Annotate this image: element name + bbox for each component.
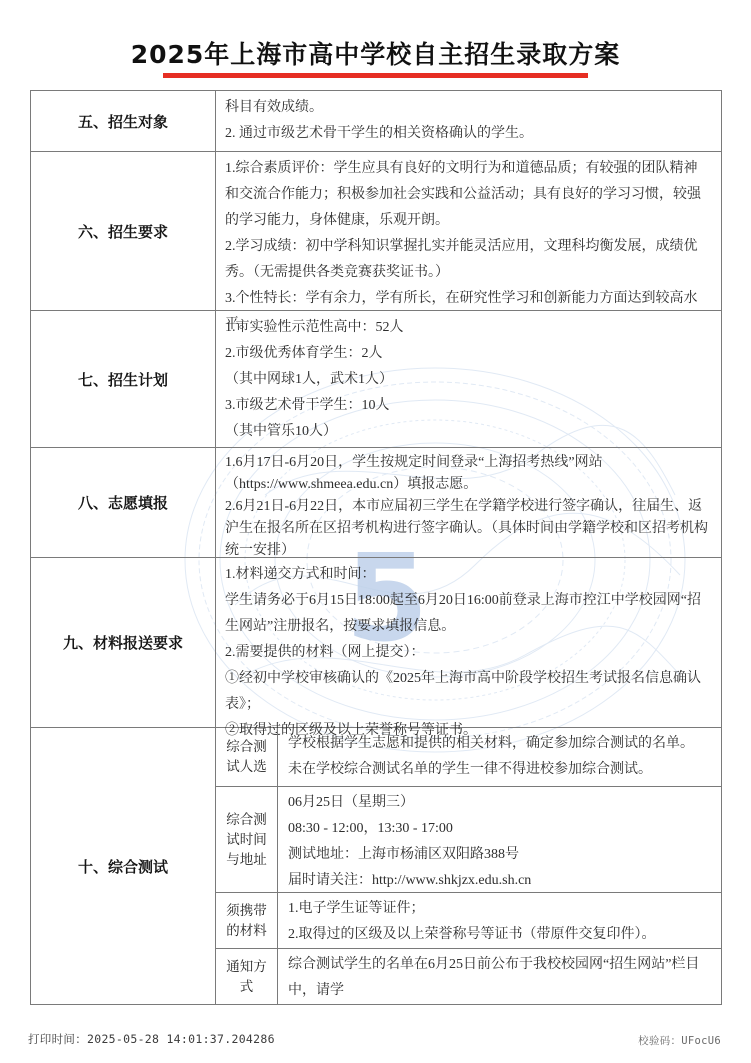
row-content: 1.6月17日-6月20日，学生按规定时间登录“上海招考热线”网站 （https…	[216, 448, 721, 557]
paragraph: 学校根据学生志愿和提供的相关材料，确定参加综合测试的名单。	[288, 731, 711, 757]
row-content: 1.市实验性示范性高中：52人 2.市级优秀体育学生：2人 （其中网球1人，武术…	[216, 311, 721, 447]
subrow-content: 综合测试学生的名单在6月25日前公布于我校校园网“招生网站”栏目中，请学	[278, 949, 721, 1004]
subrow-content: 学校根据学生志愿和提供的相关材料，确定参加综合测试的名单。 未在学校综合测试名单…	[278, 728, 721, 786]
comprehensive-test-subtable: 综合测试人选 学校根据学生志愿和提供的相关材料，确定参加综合测试的名单。 未在学…	[216, 728, 721, 1004]
paragraph: 2.市级优秀体育学生：2人	[225, 341, 711, 367]
table-row-material-submission: 九、材料报送要求 1.材料递交方式和时间： 学生请务必于6月15日18:00起至…	[31, 558, 721, 728]
table-row-enrollment-requirements: 六、招生要求 1.综合素质评价：学生应具有良好的文明行为和道德品质；有较强的团队…	[31, 152, 721, 311]
paragraph: 2.学习成绩：初中学科知识掌握扎实并能灵活应用，文理科均衡发展，成绩优秀。（无需…	[225, 234, 711, 286]
title-underline	[163, 73, 588, 78]
subrow-label: 综合测试人选	[216, 728, 278, 786]
paragraph: 1.市实验性示范性高中：52人	[225, 315, 711, 341]
print-time: 打印时间：2025-05-28 14:01:37.204286	[28, 1031, 275, 1047]
paragraph: 1.综合素质评价：学生应具有良好的文明行为和道德品质；有较强的团队精神和交流合作…	[225, 156, 711, 234]
subrow-label: 须携带的材料	[216, 893, 278, 948]
row-content: 科目有效成绩。 2. 通过市级艺术骨干学生的相关资格确认的学生。	[216, 91, 721, 151]
subrow-label: 综合测试时间与地址	[216, 787, 278, 892]
table-row-enrollment-plan: 七、招生计划 1.市实验性示范性高中：52人 2.市级优秀体育学生：2人 （其中…	[31, 311, 721, 448]
document-page: 5 2025年上海市高中学校自主招生录取方案 五、招生对象 科目有效成绩。 2.…	[0, 0, 751, 1063]
paragraph: 测试地址：上海市杨浦区双阳路388号	[288, 842, 711, 868]
paragraph: 06月25日（星期三）	[288, 790, 711, 816]
row-header: 十、综合测试	[31, 728, 216, 1004]
subrow-materials-to-bring: 须携带的材料 1.电子学生证等证件； 2.取得过的区级及以上荣誉称号等证书（带原…	[216, 893, 721, 949]
paragraph: （https://www.shmeea.edu.cn）填报志愿。	[225, 474, 711, 496]
checksum-value: UFocU6	[681, 1035, 721, 1047]
paragraph: 1.6月17日-6月20日，学生按规定时间登录“上海招考热线”网站	[225, 452, 711, 474]
subrow-content: 1.电子学生证等证件； 2.取得过的区级及以上荣誉称号等证书（带原件交复印件）。	[278, 893, 721, 948]
paragraph: 2. 通过市级艺术骨干学生的相关资格确认的学生。	[225, 121, 711, 147]
row-content: 1.材料递交方式和时间： 学生请务必于6月15日18:00起至6月20日16:0…	[216, 558, 721, 727]
table-row-comprehensive-test: 十、综合测试 综合测试人选 学校根据学生志愿和提供的相关材料，确定参加综合测试的…	[31, 728, 721, 1004]
row-header: 九、材料报送要求	[31, 558, 216, 727]
row-content: 1.综合素质评价：学生应具有良好的文明行为和道德品质；有较强的团队精神和交流合作…	[216, 152, 721, 310]
row-header: 八、志愿填报	[31, 448, 216, 557]
table-row-application-filing: 八、志愿填报 1.6月17日-6月20日，学生按规定时间登录“上海招考热线”网站…	[31, 448, 721, 558]
row-header: 六、招生要求	[31, 152, 216, 310]
paragraph: 3.市级艺术骨干学生：10人	[225, 393, 711, 419]
paragraph: 2.6月21日-6月22日，本市应届初三学生在学籍学校进行签字确认，往届生、返沪…	[225, 496, 711, 562]
row-header: 五、招生对象	[31, 91, 216, 151]
paragraph: 未在学校综合测试名单的学生一律不得进校参加综合测试。	[288, 757, 711, 783]
subrow-test-candidates: 综合测试人选 学校根据学生志愿和提供的相关材料，确定参加综合测试的名单。 未在学…	[216, 728, 721, 787]
admission-plan-table: 五、招生对象 科目有效成绩。 2. 通过市级艺术骨干学生的相关资格确认的学生。 …	[30, 90, 722, 1005]
subrow-content: 06月25日（星期三） 08:30 - 12:00，13:30 - 17:00 …	[278, 787, 721, 892]
paragraph: 2.需要提供的材料（网上提交）：	[225, 640, 711, 666]
paragraph: 科目有效成绩。	[225, 95, 711, 121]
paragraph: 1.电子学生证等证件；	[288, 896, 711, 922]
checksum: 校验码：UFocU6	[638, 1033, 721, 1048]
paragraph: （其中管乐10人）	[225, 419, 711, 445]
paragraph: 学生请务必于6月15日18:00起至6月20日16:00前登录上海市控江中学校园…	[225, 588, 711, 640]
paragraph: （其中网球1人，武术1人）	[225, 367, 711, 393]
paragraph: 08:30 - 12:00，13:30 - 17:00	[288, 816, 711, 842]
subrow-test-time-location: 综合测试时间与地址 06月25日（星期三） 08:30 - 12:00，13:3…	[216, 787, 721, 893]
paragraph: 1.材料递交方式和时间：	[225, 562, 711, 588]
print-time-label: 打印时间：	[28, 1032, 87, 1046]
subrow-label: 通知方式	[216, 949, 278, 1004]
paragraph: 届时请关注：http://www.shkjzx.edu.sh.cn	[288, 868, 711, 894]
print-time-value: 2025-05-28 14:01:37.204286	[87, 1032, 275, 1046]
paragraph: 2.取得过的区级及以上荣誉称号等证书（带原件交复印件）。	[288, 922, 711, 948]
paragraph: 综合测试学生的名单在6月25日前公布于我校校园网“招生网站”栏目中，请学	[288, 952, 711, 1004]
row-header: 七、招生计划	[31, 311, 216, 447]
subrow-notification-method: 通知方式 综合测试学生的名单在6月25日前公布于我校校园网“招生网站”栏目中，请…	[216, 949, 721, 1004]
page-title: 2025年上海市高中学校自主招生录取方案	[0, 40, 751, 70]
paragraph: ①经初中学校审核确认的《2025年上海市高中阶段学校招生考试报名信息确认表》；	[225, 666, 711, 718]
checksum-label: 校验码：	[638, 1035, 681, 1047]
table-row-enrollment-targets: 五、招生对象 科目有效成绩。 2. 通过市级艺术骨干学生的相关资格确认的学生。	[31, 91, 721, 152]
